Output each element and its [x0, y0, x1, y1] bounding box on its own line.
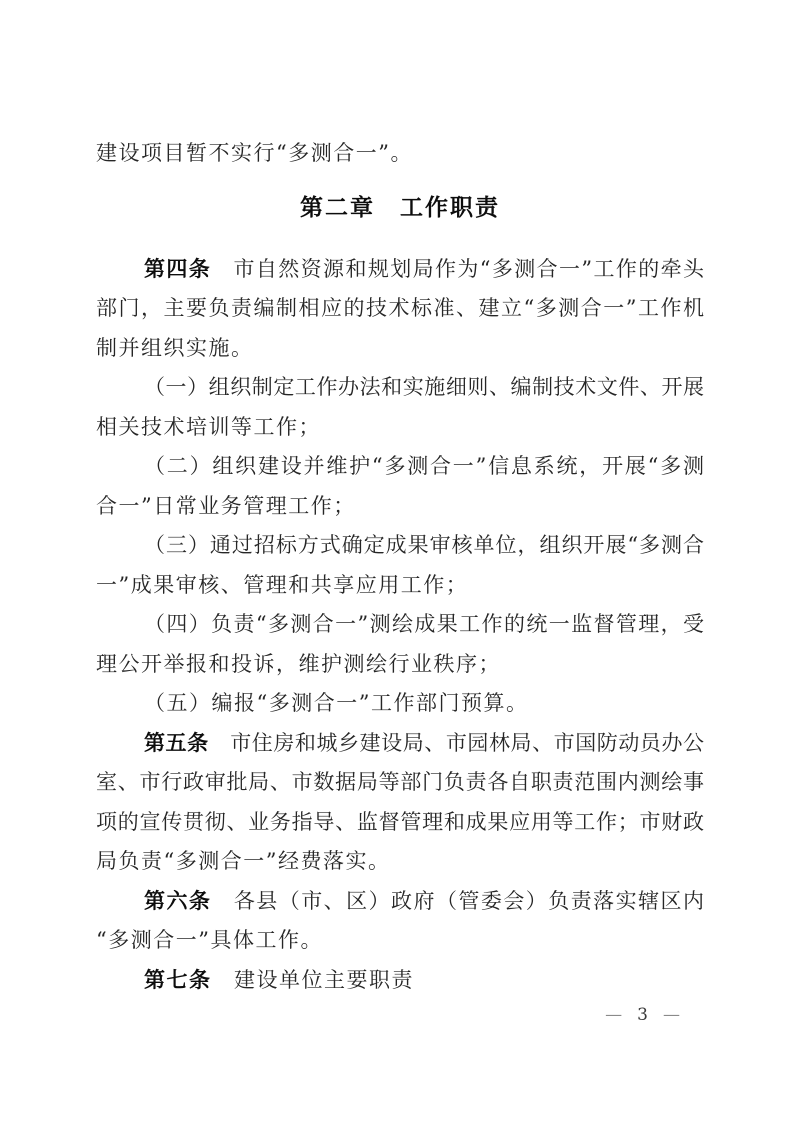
line-text: 一”成果审核、管理和共享应用工作；	[96, 573, 468, 597]
text-line: （一）组织制定工作办法和实施细则、编制技术文件、开展	[96, 368, 704, 408]
text-line: 制并组织实施。	[96, 329, 704, 369]
line-text: 建设单位主要职责	[212, 968, 415, 992]
text-line: 第四条 市自然资源和规划局作为“多测合一”工作的牵头	[96, 250, 704, 290]
text-line: （三）通过招标方式确定成果审核单位，组织开展“多测合	[96, 526, 704, 566]
line-text: 制并组织实施。	[96, 336, 254, 360]
text-line: 第五条 市住房和城乡建设局、市园林局、市国防动员办公	[96, 724, 704, 764]
text-line: 第七条 建设单位主要职责	[96, 961, 704, 1001]
line-text: 局负责“多测合一”经费落实。	[96, 849, 390, 873]
line-text: 项的宣传贯彻、业务指导、监督管理和成果应用等工作；市财政	[96, 810, 704, 834]
text-line: “多测合一”具体工作。	[96, 921, 704, 961]
text-line: 部门，主要负责编制相应的技术标准、建立“多测合一”工作机	[96, 289, 704, 329]
intro-line: 建设项目暂不实行“多测合一”。	[96, 134, 704, 174]
article-number: 第五条	[144, 731, 209, 755]
text-line: 项的宣传贯彻、业务指导、监督管理和成果应用等工作；市财政	[96, 803, 704, 843]
line-text: 市自然资源和规划局作为“多测合一”工作的牵头	[211, 257, 704, 281]
page-footer: —3—	[605, 1003, 680, 1027]
line-text: 合一”日常业务管理工作；	[96, 494, 356, 518]
line-text: “多测合一”具体工作。	[96, 928, 323, 952]
line-text: （四）负责“多测合一”测绘成果工作的统一监督管理，受	[144, 612, 704, 636]
line-text: 理公开举报和投诉，维护测绘行业秩序；	[96, 652, 501, 676]
text-line: （四）负责“多测合一”测绘成果工作的统一监督管理，受	[96, 605, 704, 645]
line-text: 室、市行政审批局、市数据局等部门负责各自职责范围内测绘事	[96, 770, 704, 794]
chapter-heading: 第二章 工作职责	[96, 188, 704, 228]
footer-left-dash: —	[605, 1005, 622, 1025]
text-line: 合一”日常业务管理工作；	[96, 487, 704, 527]
text-line: 局负责“多测合一”经费落实。	[96, 842, 704, 882]
line-text: 相关技术培训等工作；	[96, 415, 321, 439]
line-text: 市住房和城乡建设局、市园林局、市国防动员办公	[209, 731, 704, 755]
line-text: （二）组织建设并维护“多测合一”信息系统，开展“多测	[144, 454, 704, 478]
document-content: 建设项目暂不实行“多测合一”。 第二章 工作职责 第四条 市自然资源和规划局作为…	[96, 134, 704, 1000]
text-line: 一”成果审核、管理和共享应用工作；	[96, 566, 704, 606]
text-line: 室、市行政审批局、市数据局等部门负责各自职责范围内测绘事	[96, 763, 704, 803]
document-body: 第四条 市自然资源和规划局作为“多测合一”工作的牵头部门，主要负责编制相应的技术…	[96, 250, 704, 1001]
line-text: 部门，主要负责编制相应的技术标准、建立“多测合一”工作机	[96, 296, 704, 320]
line-text: （一）组织制定工作办法和实施细则、编制技术文件、开展	[144, 375, 704, 399]
document-page: 建设项目暂不实行“多测合一”。 第二章 工作职责 第四条 市自然资源和规划局作为…	[0, 0, 800, 1132]
line-text: （三）通过招标方式确定成果审核单位，组织开展“多测合	[144, 533, 704, 557]
article-number: 第四条	[144, 257, 211, 281]
text-line: （五）编报“多测合一”工作部门预算。	[96, 684, 704, 724]
line-text: （五）编报“多测合一”工作部门预算。	[144, 691, 528, 715]
line-text: 各县（市、区）政府（管委会）负责落实辖区内	[211, 889, 704, 913]
text-line: 理公开举报和投诉，维护测绘行业秩序；	[96, 645, 704, 685]
article-number: 第七条	[144, 968, 212, 992]
page-number: 3	[622, 1005, 663, 1025]
text-line: （二）组织建设并维护“多测合一”信息系统，开展“多测	[96, 447, 704, 487]
footer-right-dash: —	[663, 1005, 680, 1025]
article-number: 第六条	[144, 889, 211, 913]
text-line: 第六条 各县（市、区）政府（管委会）负责落实辖区内	[96, 882, 704, 922]
text-line: 相关技术培训等工作；	[96, 408, 704, 448]
